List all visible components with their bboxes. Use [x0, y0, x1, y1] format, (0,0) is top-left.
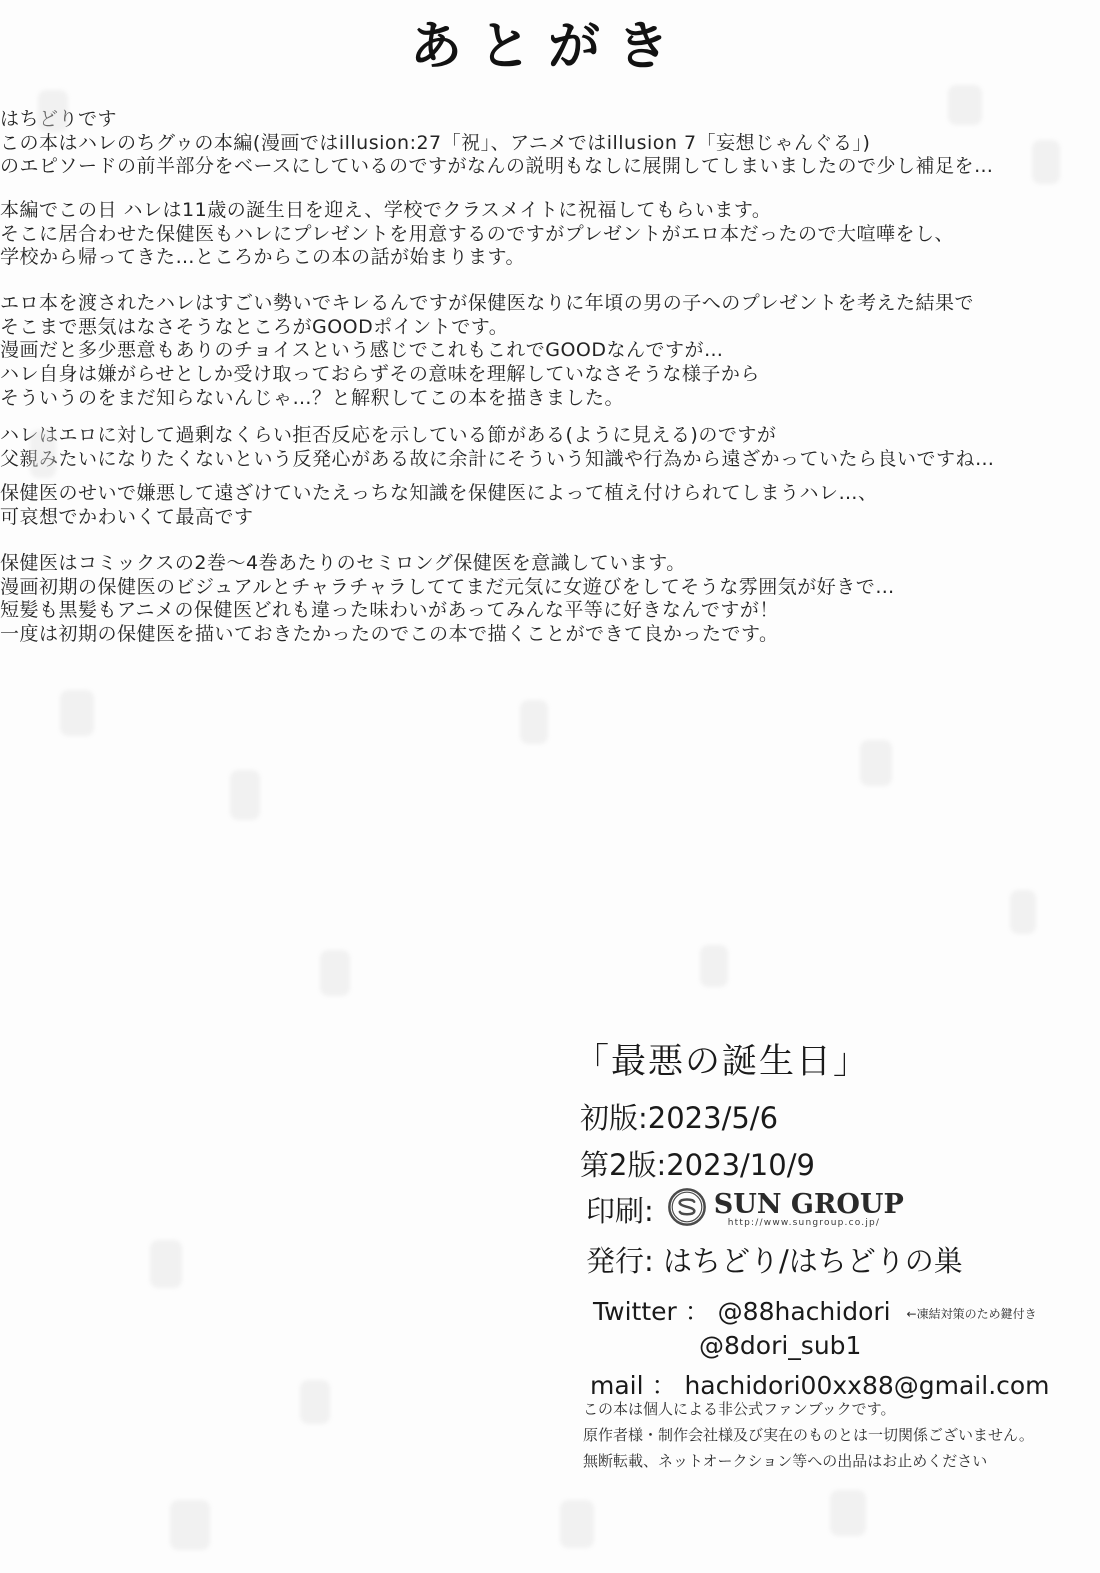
scan-artifact [700, 945, 728, 987]
disclaimer-line: 無断転載、ネットオークション等への出品はお止めください [583, 1448, 1034, 1474]
publisher-line: 発行: はちどり/はちどりの巣 [586, 1239, 963, 1280]
twitter-sub-handle: @8dori_sub1 [699, 1331, 861, 1360]
scan-artifact [1010, 890, 1036, 934]
first-edition-date: 初版:2023/5/6 [580, 1096, 778, 1137]
twitter-handle: Twitter ： @88hachidori [593, 1297, 891, 1326]
printer-name: SUN GROUP [714, 1191, 904, 1218]
colophon: 「最悪の誕生日」 初版:2023/5/6 第2版:2023/10/9 印刷: S… [0, 0, 1100, 1573]
scan-artifact [230, 770, 260, 820]
book-title: 「最悪の誕生日」 [574, 1034, 870, 1084]
scan-artifact [520, 700, 548, 744]
printer-url: http://www.sungroup.co.jp/ [728, 1219, 904, 1228]
scan-artifact [170, 1500, 210, 1550]
scan-artifact [860, 740, 892, 786]
sun-group-logo-icon [666, 1186, 708, 1232]
twitter-lock-note: ←凍結対策のため鍵付き [907, 1307, 1037, 1321]
scan-artifact [830, 1490, 866, 1536]
scan-artifact [320, 950, 350, 996]
scan-artifact [948, 85, 982, 125]
disclaimer-line: この本は個人による非公式ファンブックです。 [583, 1396, 1034, 1422]
printer-label: 印刷: [586, 1189, 654, 1230]
scan-artifact [150, 1240, 182, 1288]
scan-artifact [38, 90, 68, 132]
twitter-row: Twitter ： @88hachidori ←凍結対策のため鍵付き [593, 1292, 1037, 1328]
scan-artifact [560, 1500, 594, 1548]
disclaimer: この本は個人による非公式ファンブックです。 原作者様・制作会社様及び実在のものと… [583, 1396, 1034, 1474]
printer-row: 印刷: SUN GROUP http://www.sungroup.co.jp/ [586, 1186, 904, 1232]
scan-artifact [1032, 140, 1060, 184]
afterword-page: あとがき はちどりです この本はハレのちグゥの本編(漫画ではillusion:2… [0, 0, 1100, 1573]
scan-artifact [60, 690, 94, 736]
printer-identity: SUN GROUP http://www.sungroup.co.jp/ [714, 1191, 904, 1228]
scan-artifact [300, 1380, 330, 1424]
second-edition-date: 第2版:2023/10/9 [580, 1143, 815, 1184]
scan-artifact [30, 430, 56, 478]
disclaimer-line: 原作者様・制作会社様及び実在のものとは一切関係ございません。 [583, 1422, 1034, 1448]
